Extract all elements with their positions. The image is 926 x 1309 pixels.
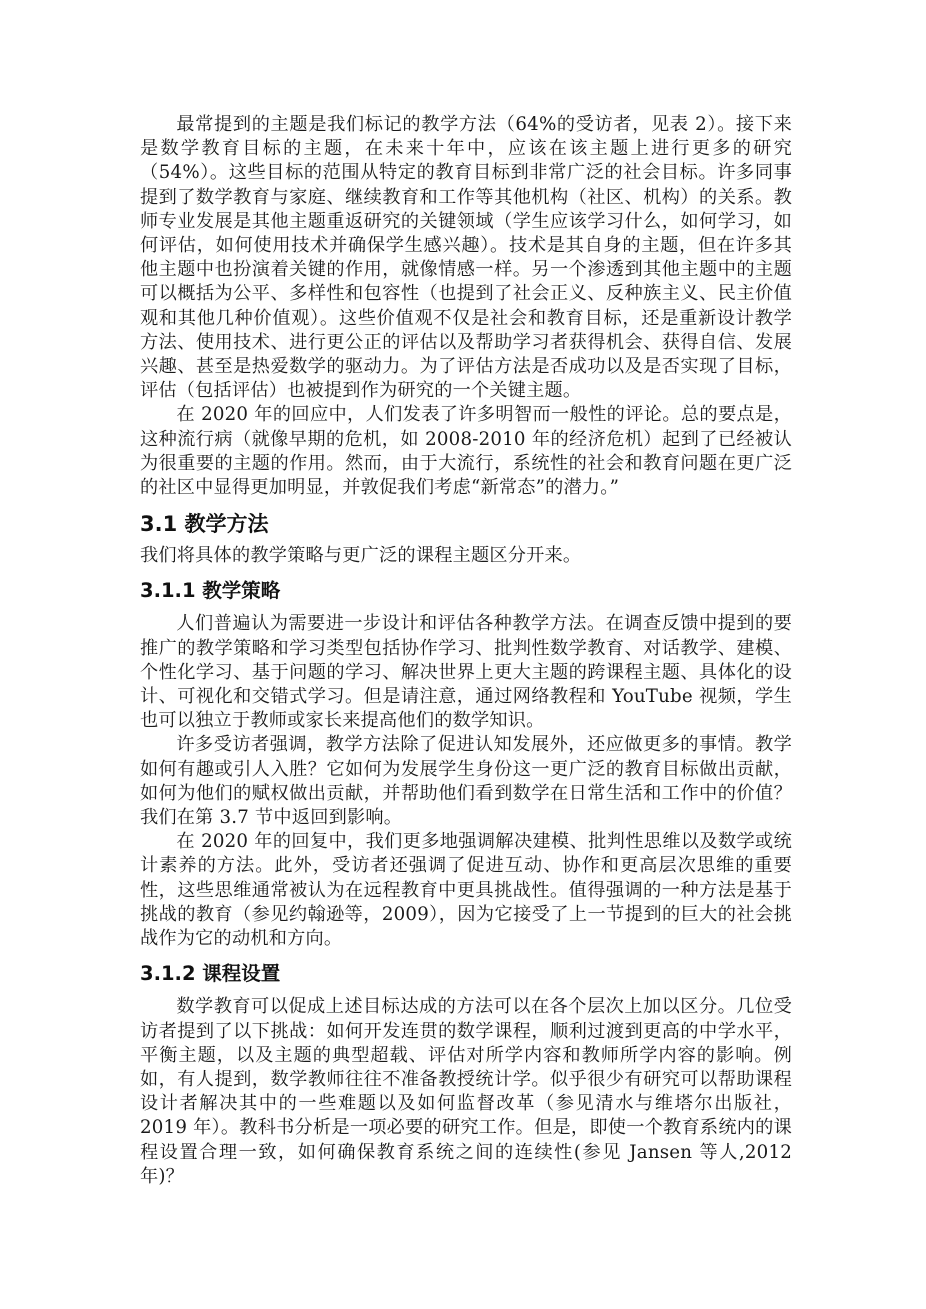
- paragraph-3-1-1-2: 许多受访者强调，教学方法除了促进认知发展外，还应做更多的事情。教学如何有趣或引人…: [140, 733, 792, 830]
- section-heading-3-1: 3.1 教学方法: [140, 510, 792, 538]
- section-heading-3-1-2: 3.1.2 课程设置: [140, 961, 792, 987]
- document-page: 最常提到的主题是我们标记的教学方法（64%的受访者，见表 2）。接下来是数学教育…: [140, 113, 792, 1189]
- paragraph-3-1-1-1: 人们普遍认为需要进一步设计和评估各种教学方法。在调查反馈中提到的要推广的教学策略…: [140, 612, 792, 733]
- paragraph-3-1-2-1: 数学教育可以促成上述目标达成的方法可以在各个层次上加以区分。几位受访者提到了以下…: [140, 995, 792, 1189]
- paragraph-intro-2: 在 2020 年的回应中，人们发表了许多明智而一般性的评论。总的要点是，这种流行…: [140, 403, 792, 500]
- section-3-1-intro: 我们将具体的教学策略与更广泛的课程主题区分开来。: [140, 544, 792, 568]
- paragraph-3-1-1-3: 在 2020 年的回复中，我们更多地强调解决建模、批判性思维以及数学或统计素养的…: [140, 830, 792, 951]
- paragraph-intro-1: 最常提到的主题是我们标记的教学方法（64%的受访者，见表 2）。接下来是数学教育…: [140, 113, 792, 403]
- section-heading-3-1-1: 3.1.1 教学策略: [140, 578, 792, 604]
